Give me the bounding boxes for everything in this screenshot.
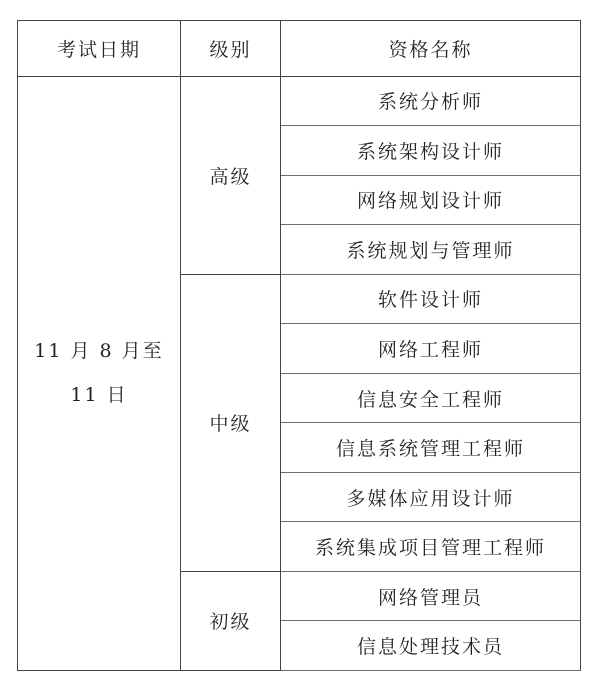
qualification-cell: 网络工程师 bbox=[281, 324, 581, 374]
exam-date-cell: 11 月 8 月至 11 日 bbox=[18, 76, 181, 670]
level-cell-senior: 高级 bbox=[181, 76, 281, 274]
qualification-cell: 信息安全工程师 bbox=[281, 373, 581, 423]
level-cell-intermediate: 中级 bbox=[181, 274, 281, 571]
qualification-cell: 信息处理技术员 bbox=[281, 621, 581, 671]
exam-schedule-table: 考试日期 级别 资格名称 11 月 8 月至 11 日 高级 系统分析师 系统架… bbox=[17, 20, 581, 671]
qualification-cell: 网络规划设计师 bbox=[281, 175, 581, 225]
qualification-cell: 网络管理员 bbox=[281, 571, 581, 621]
qualification-cell: 系统集成项目管理工程师 bbox=[281, 522, 581, 572]
page: 考试日期 级别 资格名称 11 月 8 月至 11 日 高级 系统分析师 系统架… bbox=[0, 0, 597, 686]
qualification-cell: 系统规划与管理师 bbox=[281, 225, 581, 275]
exam-date-line2: 11 日 bbox=[18, 384, 180, 407]
level-cell-junior: 初级 bbox=[181, 571, 281, 670]
qualification-cell: 信息系统管理工程师 bbox=[281, 423, 581, 473]
qualification-cell: 系统分析师 bbox=[281, 76, 581, 126]
exam-date-line1: 11 月 8 月至 bbox=[18, 340, 180, 363]
header-level: 级别 bbox=[181, 21, 281, 77]
table-row: 11 月 8 月至 11 日 高级 系统分析师 bbox=[18, 76, 581, 126]
header-qualification: 资格名称 bbox=[281, 21, 581, 77]
qualification-cell: 系统架构设计师 bbox=[281, 126, 581, 176]
qualification-cell: 软件设计师 bbox=[281, 274, 581, 324]
header-exam-date: 考试日期 bbox=[18, 21, 181, 77]
table-header-row: 考试日期 级别 资格名称 bbox=[18, 21, 581, 77]
qualification-cell: 多媒体应用设计师 bbox=[281, 472, 581, 522]
